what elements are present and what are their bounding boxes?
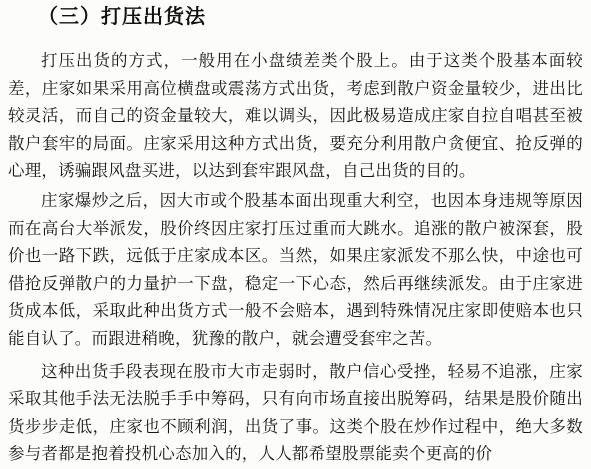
document-page: （三）打压出货法 打压出货的方式，一般用在小盘绩差类个股上。由于这类个股基本面较… [0, 0, 591, 469]
paragraph-2: 庄家爆炒之后，因大市或个股基本面出现重大利空，也因本身违规等原因而在高台大举派发… [8, 187, 583, 353]
section-title: （三）打压出货法 [38, 4, 583, 30]
paragraph-1: 打压出货的方式，一般用在小盘绩差类个股上。由于这类个股基本面较差，庄家如果采用高… [8, 47, 583, 185]
paragraph-3: 这种出货手段表现在股市大市走弱时，散户信心受挫，轻易不追涨，庄家采取其他手法无法… [8, 358, 583, 468]
